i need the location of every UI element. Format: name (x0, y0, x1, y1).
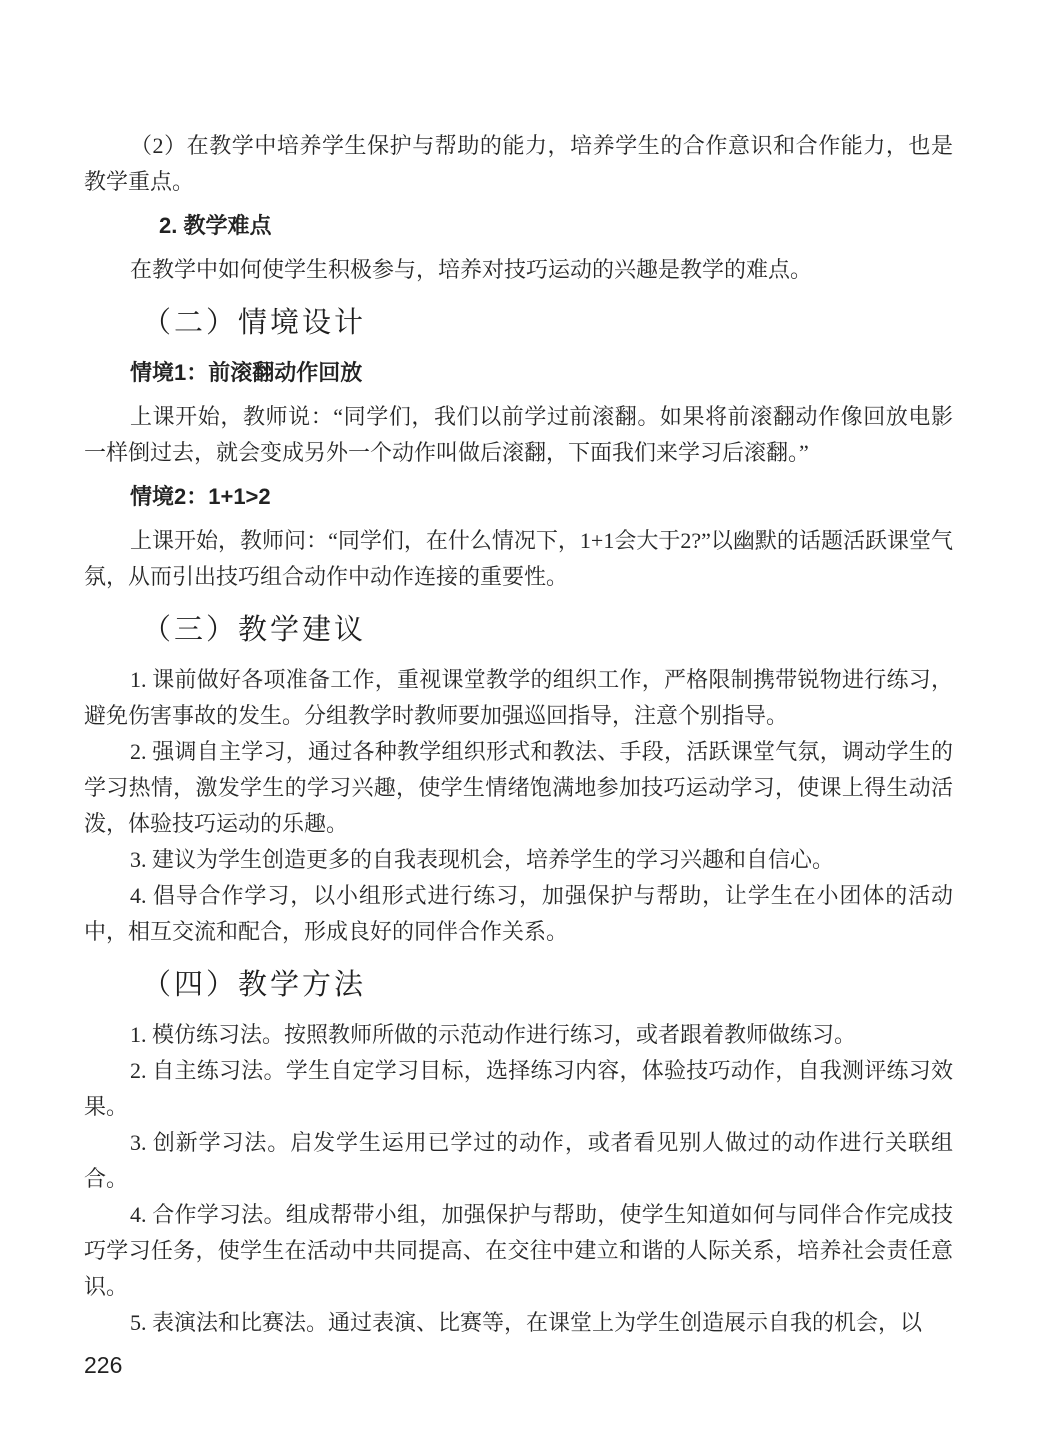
paragraph-method-1: 1. 模仿练习法。按照教师所做的示范动作进行练习，或者跟着教师做练习。 (84, 1017, 953, 1053)
subheading-situation-1: 情境1：前滚翻动作回放 (130, 355, 953, 391)
document-page: （2）在教学中培养学生保护与帮助的能力，培养学生的合作意识和合作能力，也是教学重… (0, 0, 1038, 1452)
subheading-teaching-difficulty: 2. 教学难点 (159, 208, 953, 244)
paragraph-method-2: 2. 自主练习法。学生自定学习目标，选择练习内容，体验技巧动作，自我测评练习效果… (84, 1053, 953, 1125)
section-heading-situation-design: （二）情境设计 (142, 300, 953, 346)
paragraph-teaching-difficulty: 在教学中如何使学生积极参与，培养对技巧运动的兴趣是教学的难点。 (84, 252, 953, 288)
paragraph-suggestion-4: 4. 倡导合作学习，以小组形式进行练习，加强保护与帮助，让学生在小团体的活动中，… (84, 878, 953, 950)
section-heading-teaching-suggestions: （三）教学建议 (142, 607, 953, 653)
paragraph-situation-2: 上课开始，教师问：“同学们，在什么情况下，1+1会大于2?”以幽默的话题活跃课堂… (84, 523, 953, 595)
section-heading-teaching-methods: （四）教学方法 (142, 962, 953, 1008)
paragraph-method-4: 4. 合作学习法。组成帮带小组，加强保护与帮助，使学生知道如何与同伴合作完成技巧… (84, 1197, 953, 1305)
paragraph-method-3: 3. 创新学习法。启发学生运用已学过的动作，或者看见别人做过的动作进行关联组合。 (84, 1125, 953, 1197)
paragraph-suggestion-1: 1. 课前做好各项准备工作，重视课堂教学的组织工作，严格限制携带锐物进行练习，避… (84, 662, 953, 734)
paragraph-teaching-key-point-2: （2）在教学中培养学生保护与帮助的能力，培养学生的合作意识和合作能力，也是教学重… (84, 128, 953, 200)
paragraph-method-5: 5. 表演法和比赛法。通过表演、比赛等，在课堂上为学生创造展示自我的机会，以 (84, 1305, 953, 1341)
paragraph-situation-1: 上课开始，教师说：“同学们，我们以前学过前滚翻。如果将前滚翻动作像回放电影一样倒… (84, 399, 953, 471)
paragraph-suggestion-2: 2. 强调自主学习，通过各种教学组织形式和教法、手段，活跃课堂气氛，调动学生的学… (84, 734, 953, 842)
subheading-situation-2: 情境2：1+1>2 (130, 479, 953, 515)
page-number: 226 (84, 1352, 122, 1379)
paragraph-suggestion-3: 3. 建议为学生创造更多的自我表现机会，培养学生的学习兴趣和自信心。 (84, 842, 953, 878)
